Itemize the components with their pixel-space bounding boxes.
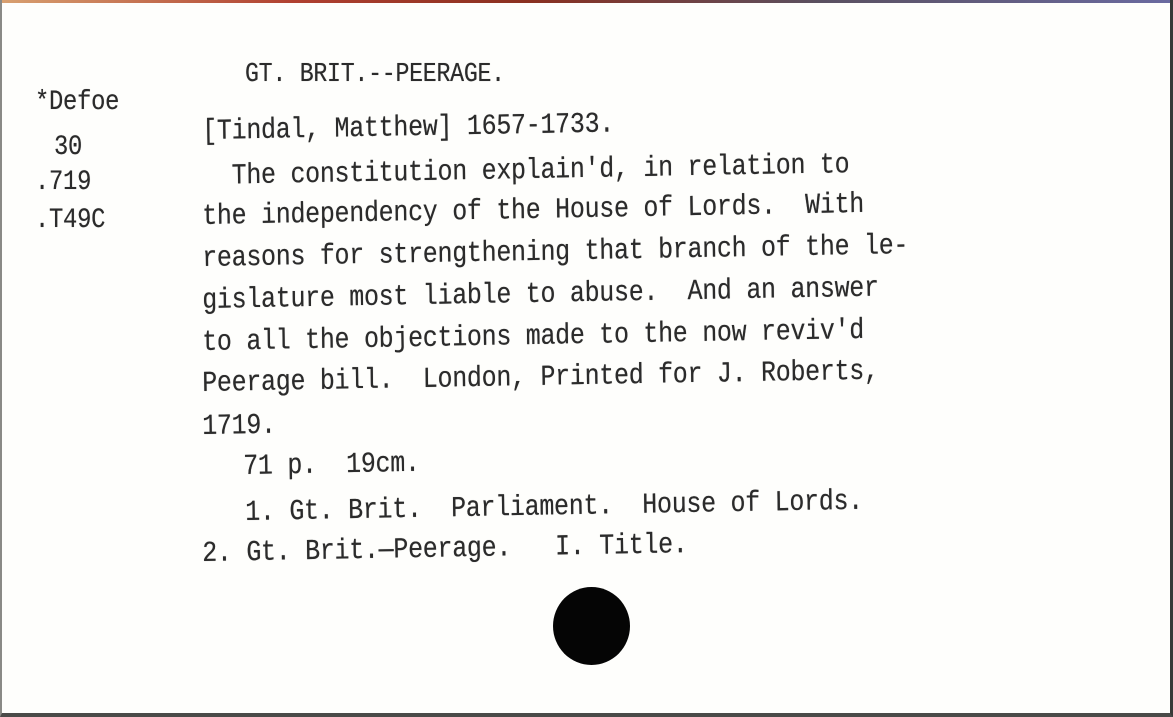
title-line: to all the objections made to the now re… xyxy=(202,314,864,359)
title-line: gislature most liable to abuse. And an a… xyxy=(202,272,879,317)
title-line: Peerage bill. London, Printed for J. Rob… xyxy=(202,355,879,400)
title-line: The constitution explain'd, in relation … xyxy=(202,148,850,193)
scan-edge xyxy=(2,0,1170,3)
catalog-card: GT. BRIT.--PEERAGE. *Defoe 30 .719 .T49C… xyxy=(0,0,1173,717)
call-number-line: .T49C xyxy=(35,205,105,236)
call-number-line: *Defoe xyxy=(35,87,119,118)
author-line: [Tindal, Matthew] 1657-1733. xyxy=(202,107,614,148)
title-line: 1719. xyxy=(202,409,276,443)
title-line: the independency of the House of Lords. … xyxy=(202,188,864,233)
subject-heading: GT. BRIT.--PEERAGE. xyxy=(245,60,505,90)
punch-hole xyxy=(553,587,630,665)
call-number-line: 30 xyxy=(40,132,82,163)
call-number-line: .719 xyxy=(35,167,91,198)
tracing-line: 2. Gt. Brit.—Peerage. I. Title. xyxy=(202,528,688,570)
collation: 71 p. 19cm. xyxy=(243,447,420,483)
title-line: reasons for strengthening that branch of… xyxy=(202,229,908,275)
tracing-line: 1. Gt. Brit. Parliament. House of Lords. xyxy=(245,485,863,529)
